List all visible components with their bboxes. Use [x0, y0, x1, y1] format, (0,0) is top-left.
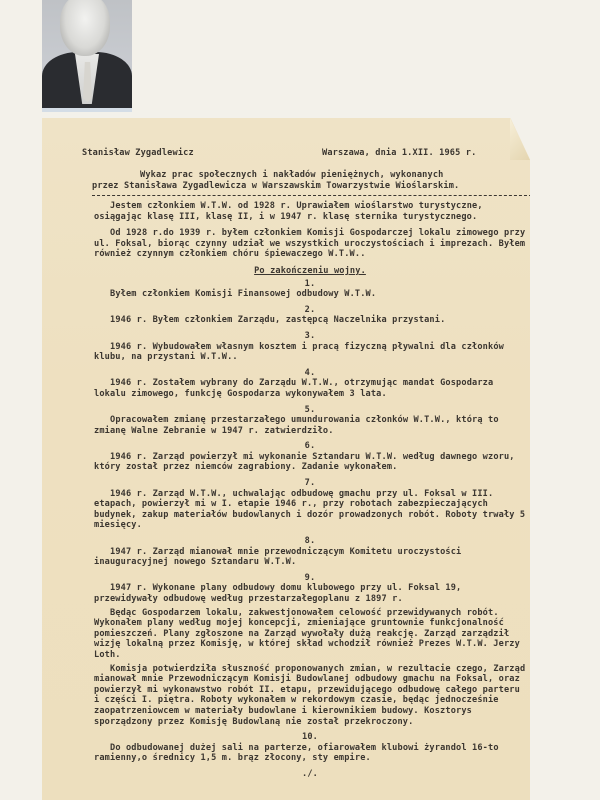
- document-title: Wykaz prac społecznych i nakładów pienię…: [92, 170, 532, 191]
- item-number: 1.: [94, 279, 526, 290]
- numbered-item: 8.1947 r. Zarząd mianował mnie przewodni…: [94, 536, 526, 568]
- item-paragraph: Opracowałem zmianę przestarzałego umundu…: [94, 415, 526, 436]
- numbered-item: 2.1946 r. Byłem członkiem Zarządu, zastę…: [94, 305, 526, 326]
- item-paragraph: 1947 r. Wykonane plany odbudowy domu klu…: [94, 583, 526, 604]
- item-paragraph: 1946 r. Byłem członkiem Zarządu, zastępc…: [94, 315, 526, 326]
- document-body: Jestem członkiem W.T.W. od 1928 r. Upraw…: [94, 201, 526, 780]
- title-divider: [92, 195, 532, 196]
- item-paragraph: Do odbudowanej dużej sali na parterze, o…: [94, 743, 526, 764]
- numbered-item: 3.1946 r. Wybudowałem własnym kosztem i …: [94, 331, 526, 363]
- item-number: 9.: [94, 573, 526, 584]
- item-number: 5.: [94, 405, 526, 416]
- numbered-item: 4.1946 r. Zostałem wybrany do Zarządu W.…: [94, 368, 526, 400]
- item-number: 3.: [94, 331, 526, 342]
- item-paragraph: 1946 r. Zarząd W.T.W., uchwalając odbudo…: [94, 489, 526, 531]
- numbered-item: 6.1946 r. Zarząd powierzył mi wykonanie …: [94, 441, 526, 473]
- numbered-item: 9.1947 r. Wykonane plany odbudowy domu k…: [94, 573, 526, 727]
- item-paragraph: Komisja potwierdziła słuszność proponowa…: [94, 664, 526, 728]
- item-paragraph: Byłem członkiem Komisji Finansowej odbud…: [94, 289, 526, 300]
- section-heading: Po zakończeniu wojny.: [254, 266, 366, 276]
- numbered-item: 5.Opracowałem zmianę przestarzałego umun…: [94, 405, 526, 437]
- place-date: Warszawa, dnia 1.XII. 1965 r.: [322, 148, 476, 159]
- item-number: 2.: [94, 305, 526, 316]
- author-name: Stanisław Zygadlewicz: [82, 148, 194, 159]
- intro-paragraph: Od 1928 r.do 1939 r. byłem członkiem Kom…: [94, 228, 526, 260]
- item-number: 8.: [94, 536, 526, 547]
- numbered-item: 10.Do odbudowanej dużej sali na parterze…: [94, 732, 526, 764]
- numbered-item: 7.1946 r. Zarząd W.T.W., uchwalając odbu…: [94, 478, 526, 531]
- intro-paragraph: Jestem członkiem W.T.W. od 1928 r. Upraw…: [94, 201, 526, 222]
- item-paragraph: 1947 r. Zarząd mianował mnie przewodnicz…: [94, 547, 526, 568]
- title-line-2: przez Stanisława Zygadlewicza w Warszaws…: [92, 181, 532, 192]
- numbered-items: 1.Byłem członkiem Komisji Finansowej odb…: [94, 279, 526, 764]
- item-paragraph: Będąc Gospodarzem lokalu, zakwestjonował…: [94, 608, 526, 661]
- item-paragraph: 1946 r. Zarząd powierzył mi wykonanie Sz…: [94, 452, 526, 473]
- portrait-photo: [42, 0, 132, 112]
- item-number: 4.: [94, 368, 526, 379]
- item-paragraph: 1946 r. Zostałem wybrany do Zarządu W.T.…: [94, 378, 526, 399]
- item-paragraph: 1946 r. Wybudowałem własnym kosztem i pr…: [94, 342, 526, 363]
- numbered-item: 1.Byłem członkiem Komisji Finansowej odb…: [94, 279, 526, 300]
- item-number: 10.: [94, 732, 526, 743]
- item-number: 6.: [94, 441, 526, 452]
- typewritten-document: Stanisław Zygadlewicz Warszawa, dnia 1.X…: [42, 118, 530, 800]
- continuation-mark: ./.: [94, 769, 526, 780]
- title-line-1: Wykaz prac społecznych i nakładów pienię…: [92, 170, 532, 181]
- item-number: 7.: [94, 478, 526, 489]
